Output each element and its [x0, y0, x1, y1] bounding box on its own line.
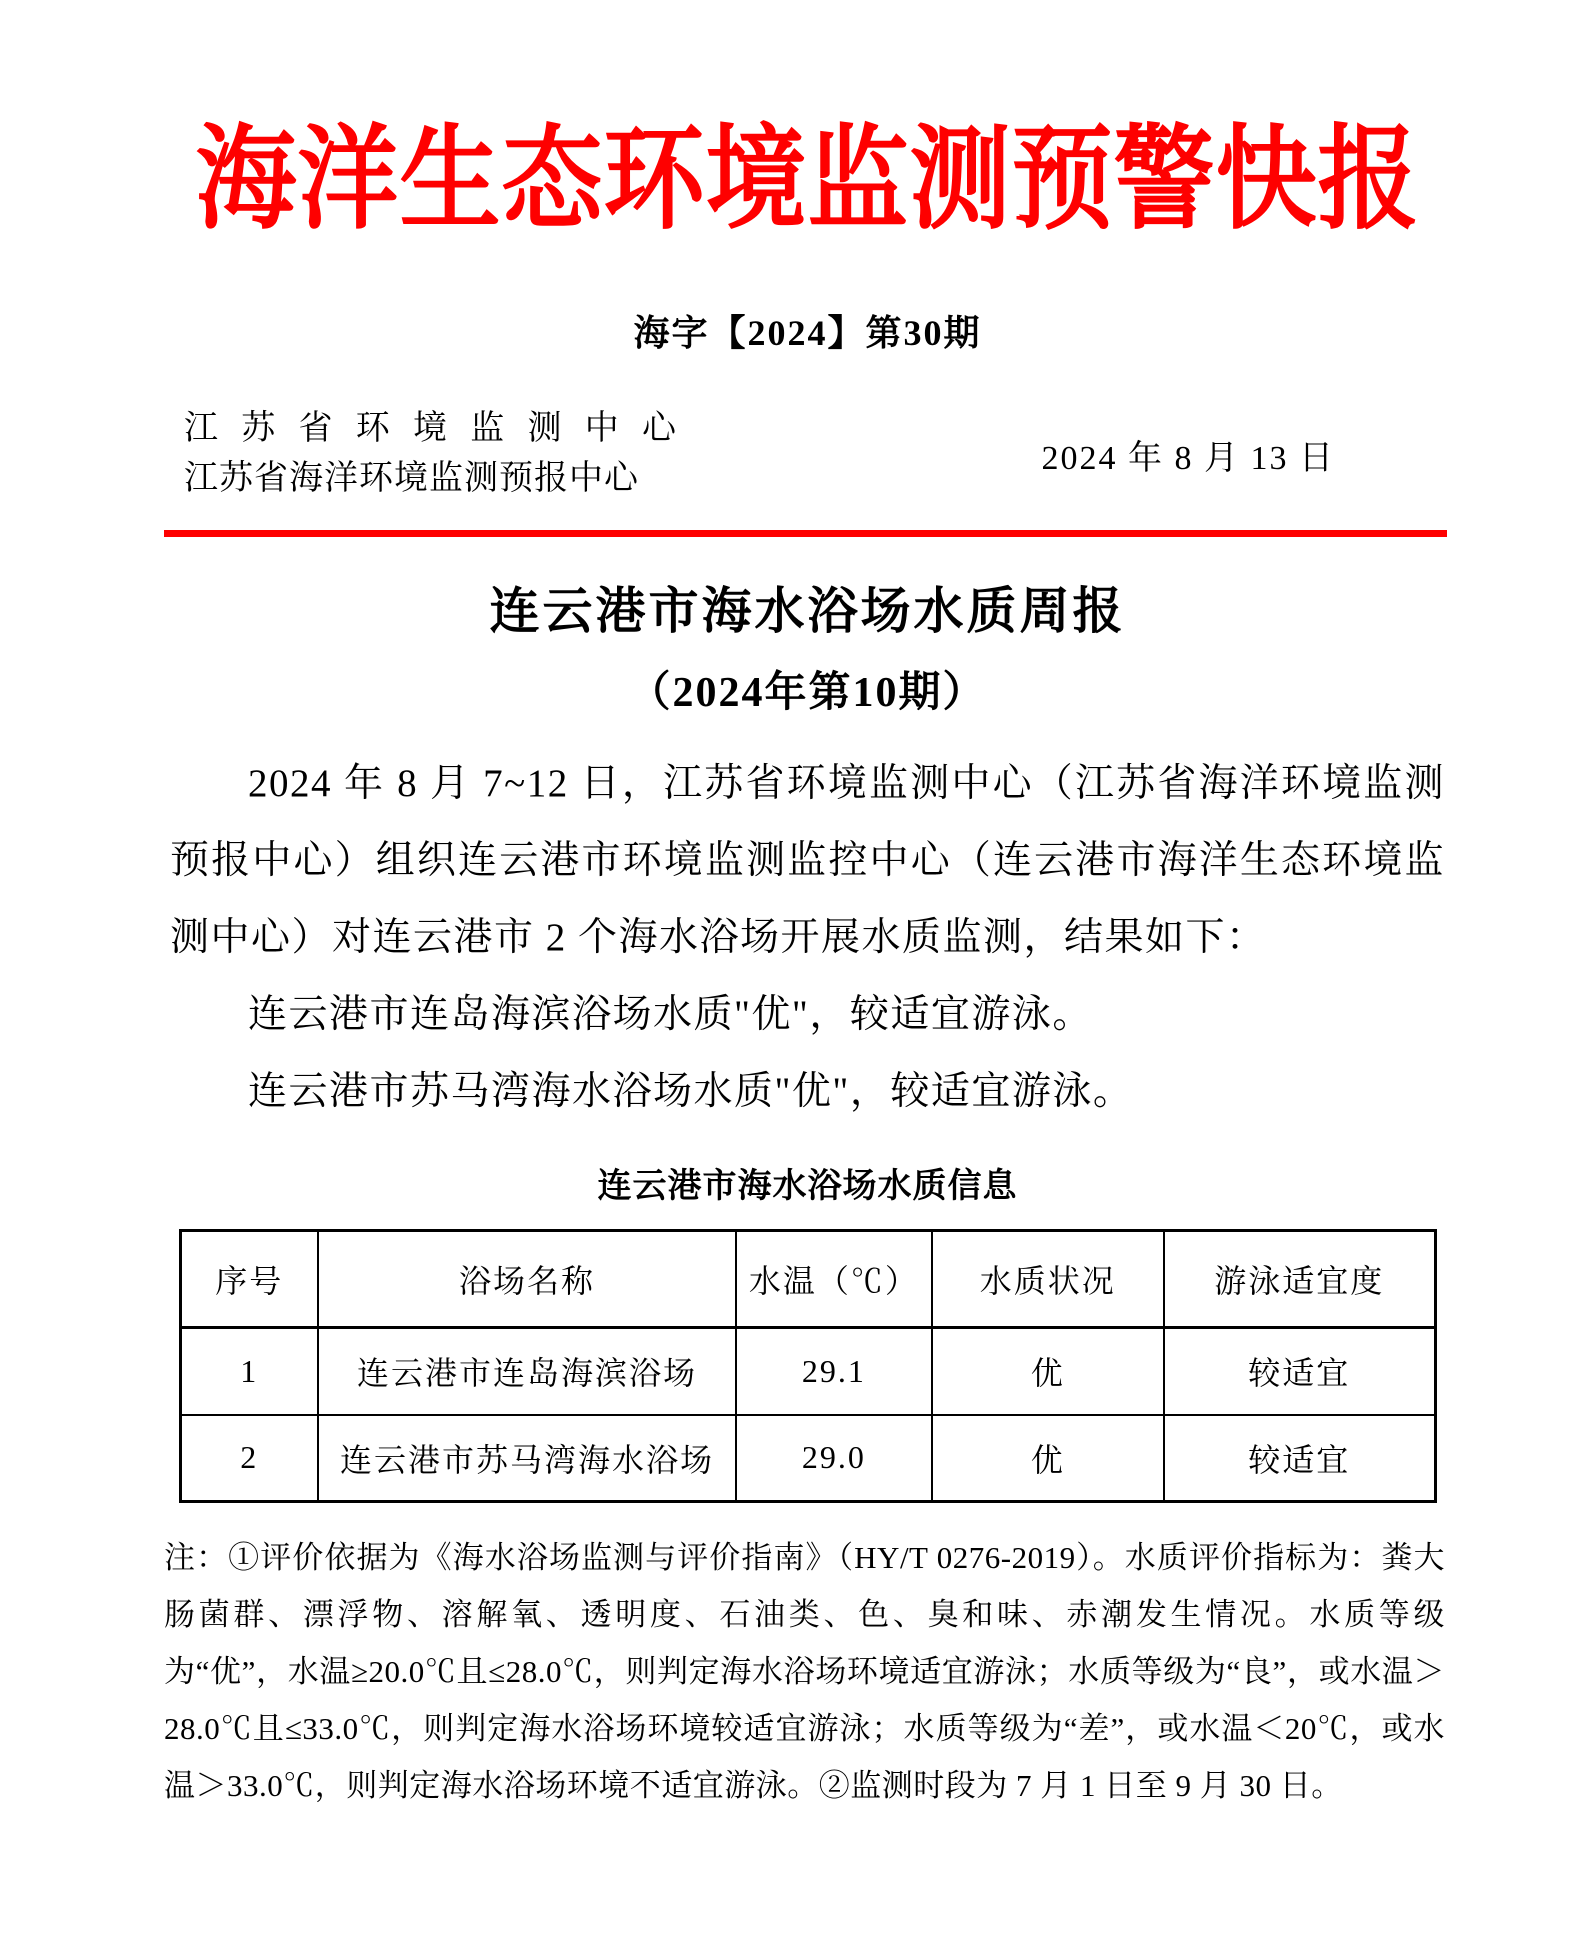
body-paragraph-2: 连云港市连岛海滨浴场水质"优"，较适宜游泳。 — [170, 976, 1445, 1053]
header-cell-swim-suitability: 游泳适宜度 — [1164, 1231, 1435, 1328]
issue-date: 2024 年 8 月 13 日 — [1042, 430, 1336, 479]
header-cell-beach-name: 浴场名称 — [318, 1231, 736, 1328]
bulletin-page: 海洋生态环境监测预警快报 海字【2024】第30期 江苏省环境监测中心 江苏省海… — [0, 0, 1587, 1934]
cell-water-quality: 优 — [932, 1415, 1164, 1502]
table-row: 1 连云港市连岛海滨浴场 29.1 优 较适宜 — [180, 1328, 1435, 1415]
header-cell-water-temp: 水温（℃） — [736, 1231, 932, 1328]
body-paragraph-3: 连云港市苏马湾海水浴场水质"优"，较适宜游泳。 — [170, 1053, 1445, 1130]
footnote: 注：①评价依据为《海水浴场监测与评价指南》（HY/T 0276-2019）。水质… — [164, 1529, 1445, 1814]
header-cell-water-quality: 水质状况 — [932, 1231, 1164, 1328]
cell-water-temp: 29.0 — [736, 1415, 932, 1502]
agency-name-1: 江苏省环境监测中心 — [184, 404, 676, 454]
water-quality-table: 序号 浴场名称 水温（℃） 水质状况 游泳适宜度 1 连云港市连岛海滨浴场 29… — [179, 1229, 1437, 1503]
cell-index: 2 — [180, 1415, 318, 1502]
body-paragraph-1: 2024 年 8 月 7~12 日，江苏省环境监测中心（江苏省海洋环境监测预报中… — [170, 745, 1445, 976]
table-row: 2 连云港市苏马湾海水浴场 29.0 优 较适宜 — [180, 1415, 1435, 1502]
cell-beach-name: 连云港市连岛海滨浴场 — [318, 1328, 736, 1415]
masthead-title: 海洋生态环境监测预警快报 — [170, 88, 1445, 250]
cell-water-quality: 优 — [932, 1328, 1164, 1415]
report-title: 连云港市海水浴场水质周报 — [170, 571, 1445, 643]
header-cell-index: 序号 — [180, 1231, 318, 1328]
issue-number: 海字【2024】第30期 — [170, 305, 1445, 356]
masthead-row: 江苏省环境监测中心 江苏省海洋环境监测预报中心 2024 年 8 月 13 日 — [170, 404, 1445, 504]
table-header-row: 序号 浴场名称 水温（℃） 水质状况 游泳适宜度 — [180, 1231, 1435, 1328]
table-title: 连云港市海水浴场水质信息 — [170, 1158, 1445, 1207]
cell-swim-suitability: 较适宜 — [1164, 1415, 1435, 1502]
cell-beach-name: 连云港市苏马湾海水浴场 — [318, 1415, 736, 1502]
cell-water-temp: 29.1 — [736, 1328, 932, 1415]
page-content: 海洋生态环境监测预警快报 海字【2024】第30期 江苏省环境监测中心 江苏省海… — [0, 88, 1587, 1814]
divider-rule — [164, 530, 1447, 537]
agency-name-2: 江苏省海洋环境监测预报中心 — [184, 454, 676, 504]
cell-swim-suitability: 较适宜 — [1164, 1328, 1435, 1415]
cell-index: 1 — [180, 1328, 318, 1415]
report-body: 2024 年 8 月 7~12 日，江苏省环境监测中心（江苏省海洋环境监测预报中… — [170, 745, 1445, 1130]
report-subtitle: （2024年第10期） — [170, 659, 1445, 719]
issuing-agencies: 江苏省环境监测中心 江苏省海洋环境监测预报中心 — [184, 404, 676, 504]
